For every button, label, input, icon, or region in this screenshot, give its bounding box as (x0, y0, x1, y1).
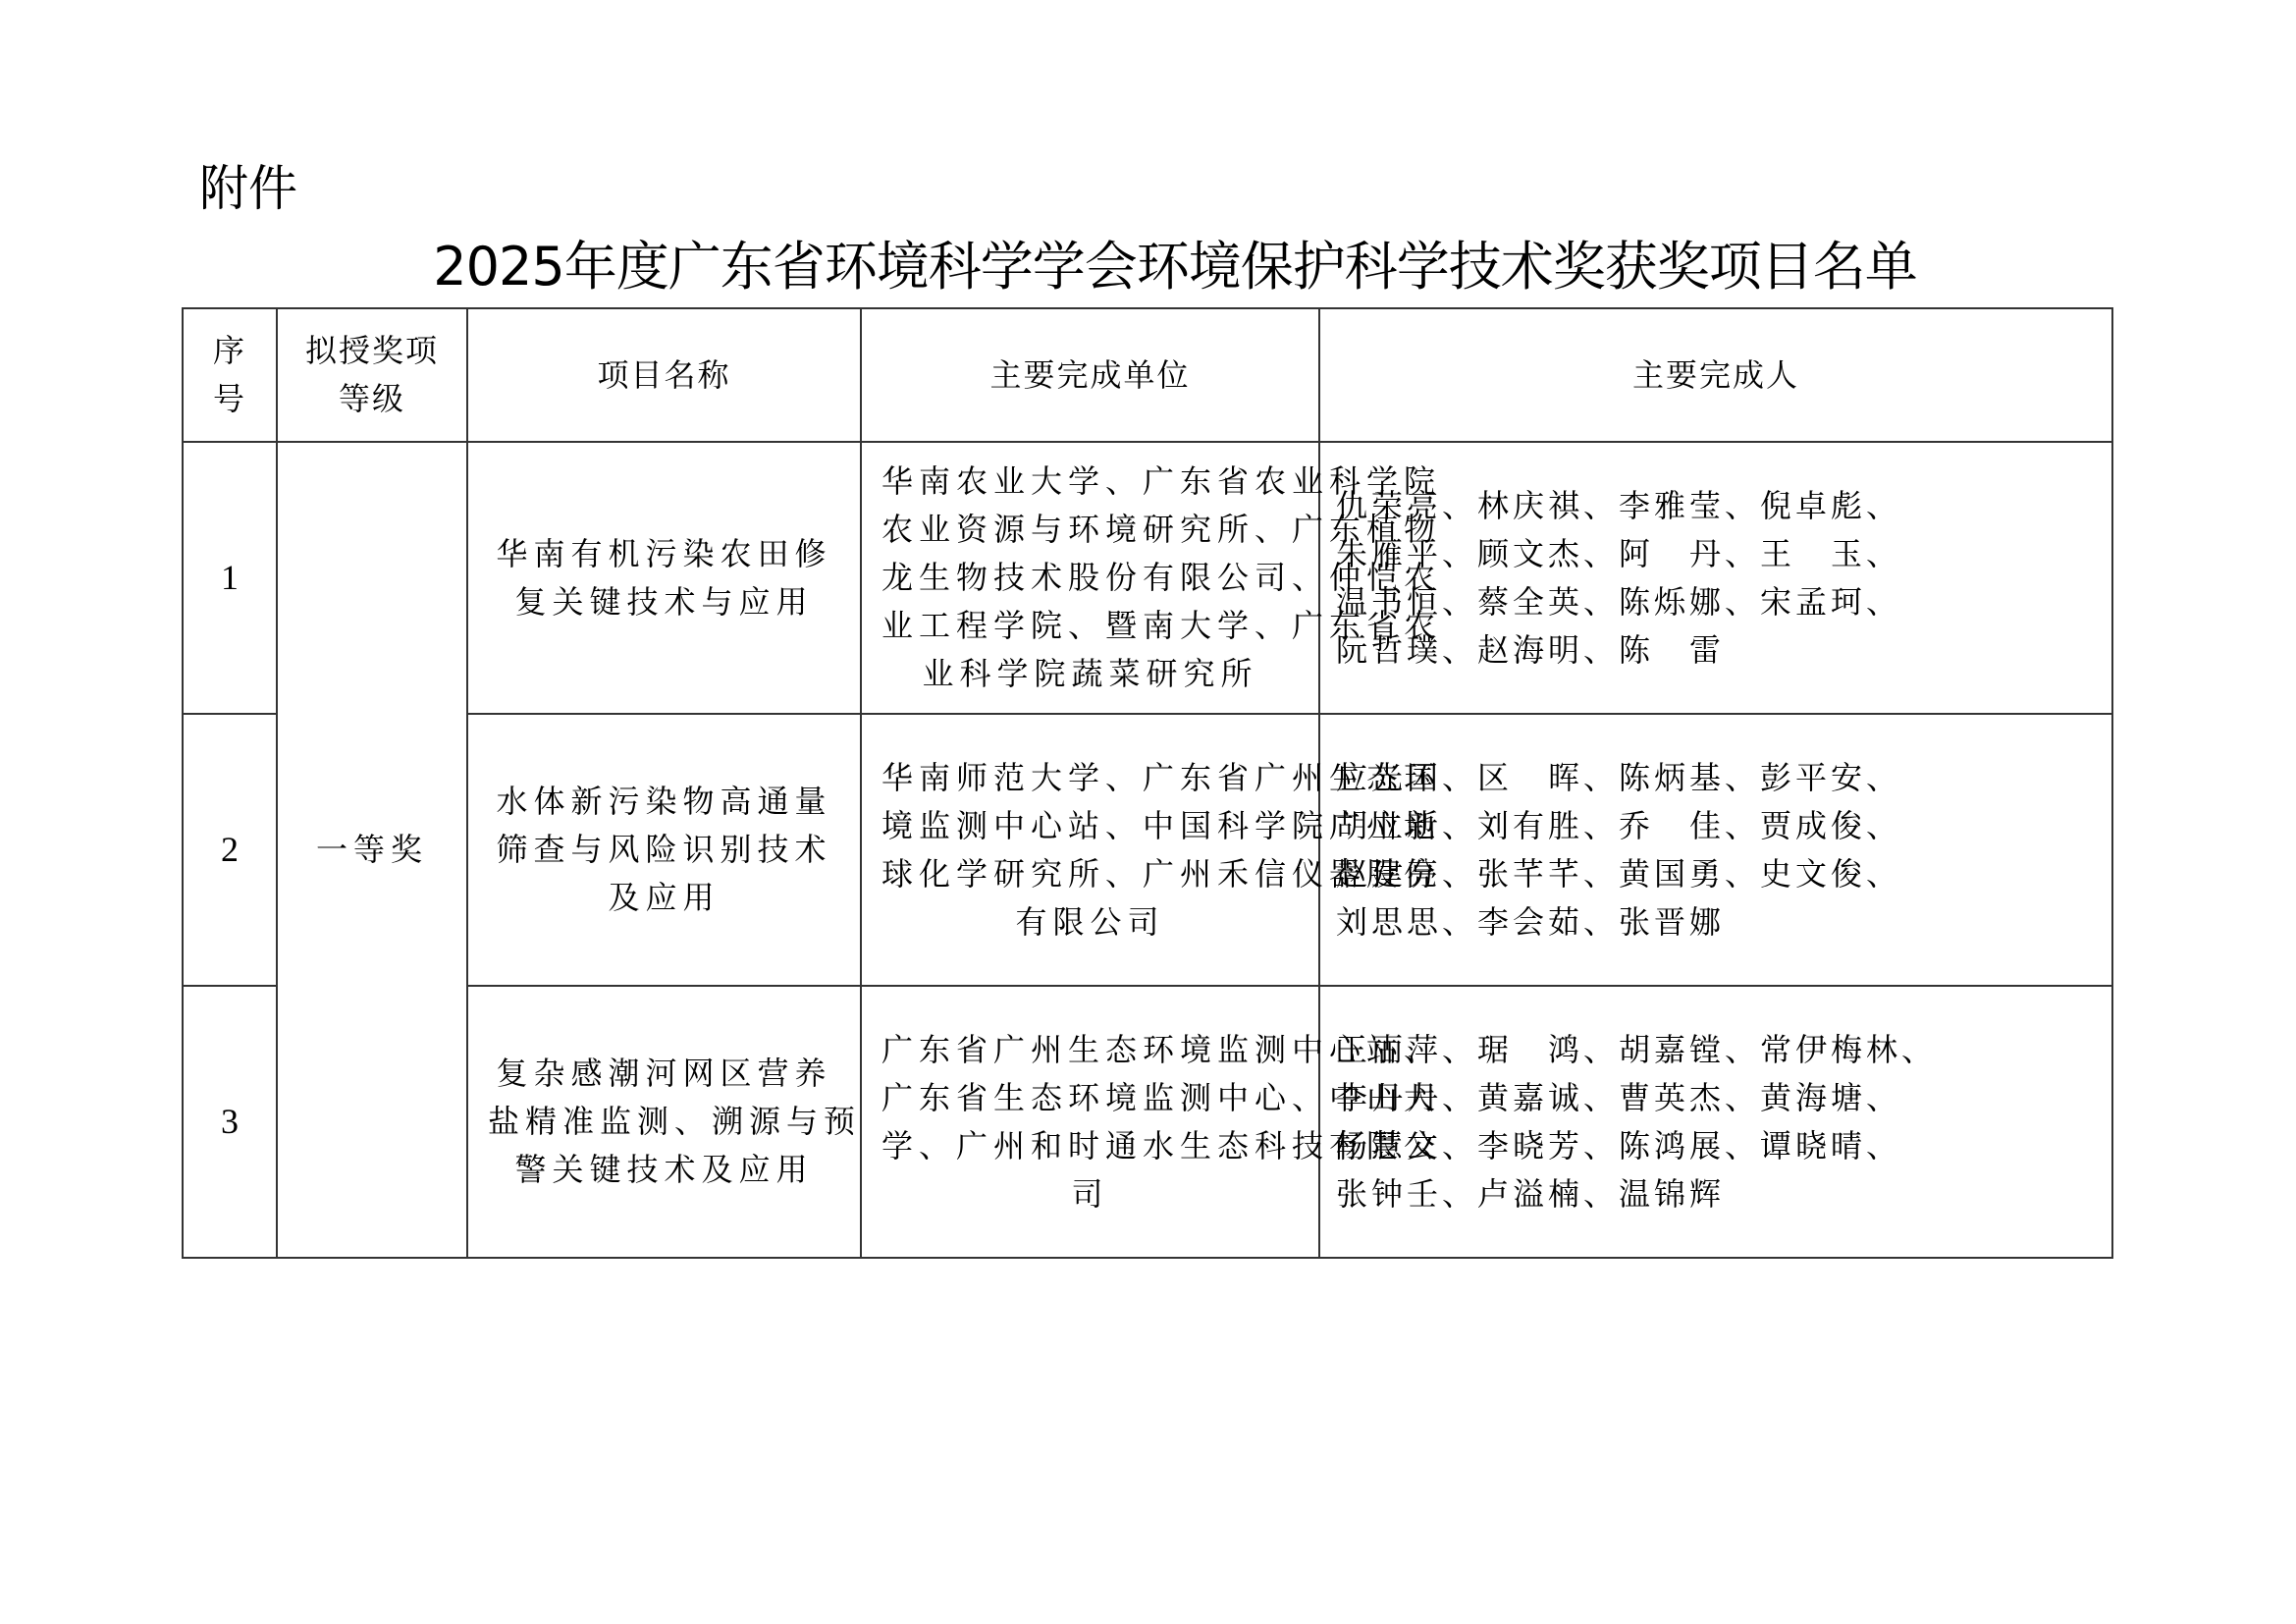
table-row: 1 一等奖 华南有机污染农田修 复关键技术与应用 华南农业大学、广东省农业科学院… (183, 442, 2112, 714)
document-title: 2025年度广东省环境科学学会环境保护科学技术奖获奖项目名单 (182, 236, 2111, 298)
people-cell: 应光国、区 晖、陈炳基、彭平安、 胡立新、刘有胜、乔 佳、贾成俊、 赵建亮、张芊… (1319, 714, 2112, 986)
project-name-cell: 复杂感潮河网区营养 盐精准监测、溯源与预 警关键技术及应用 (467, 986, 861, 1258)
row-seq: 1 (183, 442, 277, 714)
header-people: 主要完成人 (1319, 308, 2112, 442)
award-level-cell: 一等奖 (277, 442, 467, 1258)
table-header-row: 序 号 拟授奖项 等级 项目名称 主要完成单位 主要完成人 (183, 308, 2112, 442)
project-name-cell: 华南有机污染农田修 复关键技术与应用 (467, 442, 861, 714)
award-list-table: 序 号 拟授奖项 等级 项目名称 主要完成单位 主要完成人 1 一等奖 华南有机… (182, 307, 2113, 1259)
attachment-label: 附件 (199, 159, 297, 218)
header-project-name: 项目名称 (467, 308, 861, 442)
units-cell: 华南师范大学、广东省广州生态环 境监测中心站、中国科学院广州地 球化学研究所、广… (861, 714, 1319, 986)
header-award-level: 拟授奖项 等级 (277, 308, 467, 442)
project-name-cell: 水体新污染物高通量 筛查与风险识别技术 及应用 (467, 714, 861, 986)
people-cell: 仇荣亮、林庆祺、李雅莹、倪卓彪、 朱雁平、顾文杰、阿 丹、王 玉、 温书恒、蔡全… (1319, 442, 2112, 714)
header-seq: 序 号 (183, 308, 277, 442)
header-units: 主要完成单位 (861, 308, 1319, 442)
units-cell: 华南农业大学、广东省农业科学院 农业资源与环境研究所、广东植物 龙生物技术股份有… (861, 442, 1319, 714)
table-row: 2 水体新污染物高通量 筛查与风险识别技术 及应用 华南师范大学、广东省广州生态… (183, 714, 2112, 986)
row-seq: 3 (183, 986, 277, 1258)
people-cell: 王丽萍、琚 鸿、胡嘉镗、常伊梅林、 李丹丹、黄嘉诚、曹英杰、黄海塘、 杨慧文、李… (1319, 986, 2112, 1258)
table-row: 3 复杂感潮河网区营养 盐精准监测、溯源与预 警关键技术及应用 广东省广州生态环… (183, 986, 2112, 1258)
row-seq: 2 (183, 714, 277, 986)
units-cell: 广东省广州生态环境监测中心站、 广东省生态环境监测中心、中山大 学、广州和时通水… (861, 986, 1319, 1258)
